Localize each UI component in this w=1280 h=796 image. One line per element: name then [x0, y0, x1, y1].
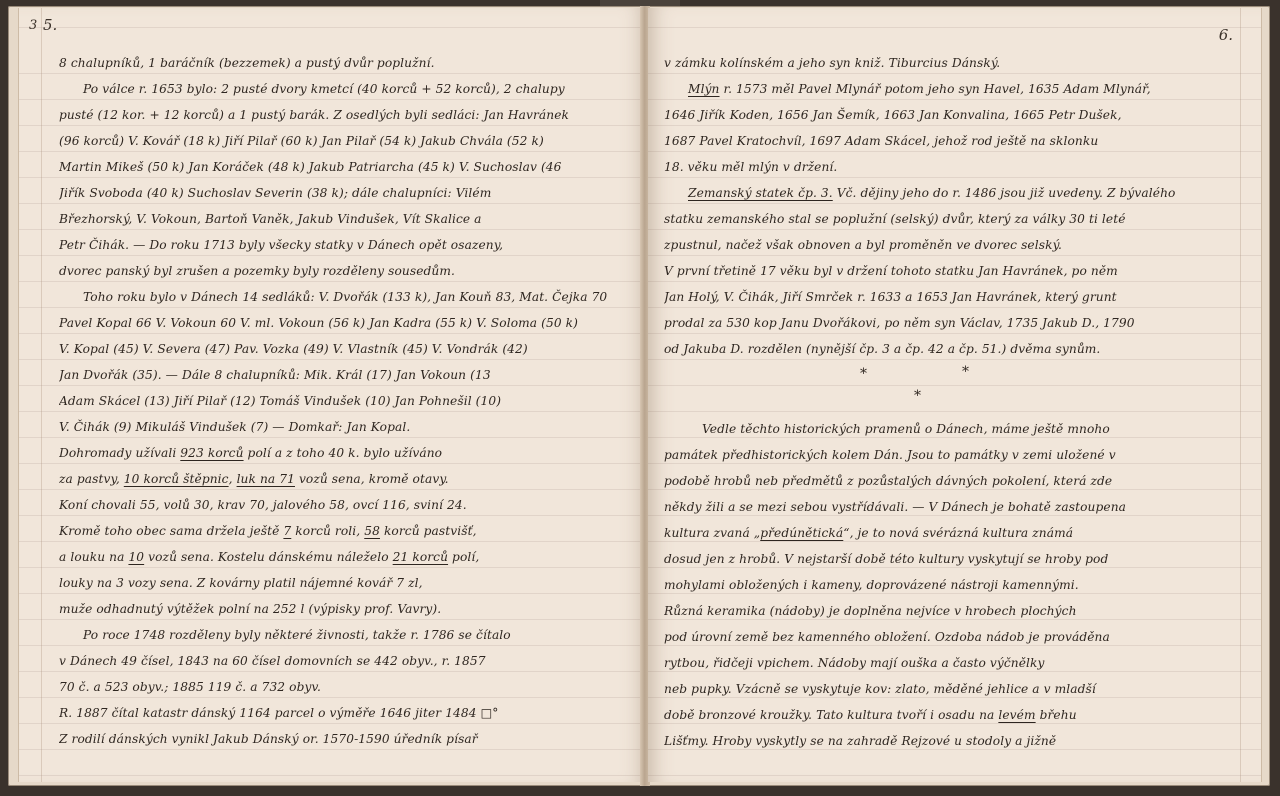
handwritten-line: R. 1887 čítal katastr dánský 1164 parcel… [59, 700, 628, 726]
handwritten-line: za pastvy, 10 korců štěpnic, luk na 71 v… [59, 466, 628, 492]
handwritten-line: Martin Mikeš (50 k) Jan Koráček (48 k) J… [59, 154, 628, 180]
underlined-text: 10 [128, 550, 144, 564]
handwritten-line: a louku na 10 vozů sena. Kostelu dánském… [59, 544, 628, 570]
underlined-text: předúnětická [760, 526, 843, 540]
handwritten-line: dvorec panský byl zrušen a pozemky byly … [59, 258, 628, 284]
handwritten-line: Jan Dvořák (35). — Dále 8 chalupníků: Mi… [59, 362, 628, 388]
handwritten-line: v Dánech 49 čísel, 1843 na 60 čísel domo… [59, 648, 628, 674]
underlined-text: luk na 71 [237, 472, 295, 486]
left-page: 3 5. 8 chalupníků, 1 baráčník (bezzemek)… [18, 8, 646, 782]
handwritten-line: pod úrovní země bez kamenného obložení. … [664, 624, 1221, 650]
handwritten-line: statku zemanského stal se poplužní (sels… [664, 206, 1221, 232]
handwritten-line: Jan Holý, V. Čihák, Jiří Smrček r. 1633 … [664, 284, 1221, 310]
handwritten-line: kultura zvaná „předúnětická“, je to nová… [664, 520, 1221, 546]
handwritten-line: Toho roku bylo v Dánech 14 sedláků: V. D… [59, 284, 628, 310]
notebook-spread: 3 5. 8 chalupníků, 1 baráčník (bezzemek)… [0, 0, 1280, 796]
handwritten-line: prodal za 530 kop Janu Dvořákovi, po něm… [664, 310, 1221, 336]
handwritten-line: V první třetině 17 věku byl v držení toh… [664, 258, 1221, 284]
handwritten-line: V. Čihák (9) Mikuláš Vindušek (7) — Domk… [59, 414, 628, 440]
handwritten-line: Dohromady užívali 923 korců polí a z toh… [59, 440, 628, 466]
handwritten-line: Kromě toho obec sama držela ještě 7 korc… [59, 518, 628, 544]
handwritten-line: 18. věku měl mlýn v držení. [664, 154, 1221, 180]
handwritten-line: Různá keramika (nádoby) je doplněna nejv… [664, 598, 1221, 624]
handwritten-line: v zámku kolínském a jeho syn kniž. Tibur… [664, 50, 1221, 76]
handwritten-line: pusté (12 kor. + 12 korců) a 1 pustý bar… [59, 102, 628, 128]
underlined-text: 21 korců [393, 550, 448, 564]
handwritten-line: V. Kopal (45) V. Severa (47) Pav. Vozka … [59, 336, 628, 362]
underlined-text: 923 korců [180, 446, 243, 460]
underlined-text: Mlýn [688, 82, 720, 96]
handwritten-line: Po roce 1748 rozděleny byly některé živn… [59, 622, 628, 648]
underlined-text: Zemanský statek čp. 3. [688, 186, 833, 200]
handwritten-line: zpustnul, načež však obnoven a byl promě… [664, 232, 1221, 258]
handwritten-line: podobě hrobů neb předmětů z pozůstalých … [664, 468, 1221, 494]
page-number-prefix: 3 [29, 18, 37, 33]
handwritten-line: Adam Skácel (13) Jiří Pilař (12) Tomáš V… [59, 388, 628, 414]
asterisk-icon: * [914, 388, 921, 404]
handwritten-line: Březhorský, V. Vokoun, Bartoň Vaněk, Jak… [59, 206, 628, 232]
margin-rule [41, 8, 42, 782]
handwritten-line: 70 č. a 523 obyv.; 1885 119 č. a 732 oby… [59, 674, 628, 700]
right-page: 6. v zámku kolínském a jeho syn kniž. Ti… [648, 8, 1262, 782]
handwritten-line: Mlýn r. 1573 měl Pavel Mlynář potom jeho… [664, 76, 1221, 102]
asterisk-icon: * [962, 364, 969, 380]
page-number: 5. [43, 16, 57, 34]
handwritten-line: neb pupky. Vzácně se vyskytuje kov: zlat… [664, 676, 1221, 702]
handwritten-line: rytbou, řidčeji vpichem. Nádoby mají ouš… [664, 650, 1221, 676]
handwritten-line: Z rodilí dánských vynikl Jakub Dánský or… [59, 726, 628, 752]
handwritten-line: louky na 3 vozy sena. Z kovárny platil n… [59, 570, 628, 596]
handwritten-line: Petr Čihák. — Do roku 1713 byly všecky s… [59, 232, 628, 258]
handwritten-line: dosud jen z hrobů. V nejstarší době této… [664, 546, 1221, 572]
handwritten-line: (96 korců) V. Kovář (18 k) Jiří Pilař (6… [59, 128, 628, 154]
handwritten-line: Po válce r. 1653 bylo: 2 pusté dvory kme… [59, 76, 628, 102]
handwritten-line: památek předhistorických kolem Dán. Jsou… [664, 442, 1221, 468]
handwritten-line: někdy žili a se mezi sebou vystřídávali.… [664, 494, 1221, 520]
handwritten-line: 8 chalupníků, 1 baráčník (bezzemek) a pu… [59, 50, 628, 76]
underlined-text: 7 [283, 524, 291, 538]
handwritten-line: 1687 Pavel Kratochvíl, 1697 Adam Skácel,… [664, 128, 1221, 154]
asterisk-icon: * [860, 366, 867, 382]
handwritten-line: Zemanský statek čp. 3. Vč. dějiny jeho d… [664, 180, 1221, 206]
underlined-text: 10 korců štěpnic [124, 472, 229, 486]
handwritten-line: Jiřík Svoboda (40 k) Suchoslav Severin (… [59, 180, 628, 206]
underlined-text: levém [998, 708, 1035, 722]
handwritten-line: 1646 Jiřík Koden, 1656 Jan Šemík, 1663 J… [664, 102, 1221, 128]
margin-rule [1240, 8, 1241, 782]
handwritten-line: od Jakuba D. rozdělen (nynější čp. 3 a č… [664, 336, 1221, 362]
underlined-text: 58 [364, 524, 380, 538]
handwritten-line: Koní chovali 55, volů 30, krav 70, jalov… [59, 492, 628, 518]
handwritten-line: Pavel Kopal 66 V. Vokoun 60 V. ml. Vokou… [59, 310, 628, 336]
handwritten-line: muže odhadnutý výtěžek polní na 252 l (v… [59, 596, 628, 622]
right-page-text: v zámku kolínském a jeho syn kniž. Tibur… [664, 50, 1221, 754]
left-page-text: 8 chalupníků, 1 baráčník (bezzemek) a pu… [59, 50, 628, 752]
handwritten-line: době bronzové kroužky. Tato kultura tvoř… [664, 702, 1221, 728]
handwritten-line: Lišťmy. Hroby vyskytly se na zahradě Rej… [664, 728, 1221, 754]
handwritten-line: mohylami obložených i kameny, doprovázen… [664, 572, 1221, 598]
asterism-divider: *** [664, 362, 1221, 416]
page-number: 6. [1219, 26, 1233, 44]
handwritten-line: Vedle těchto historických pramenů o Dáne… [664, 416, 1221, 442]
